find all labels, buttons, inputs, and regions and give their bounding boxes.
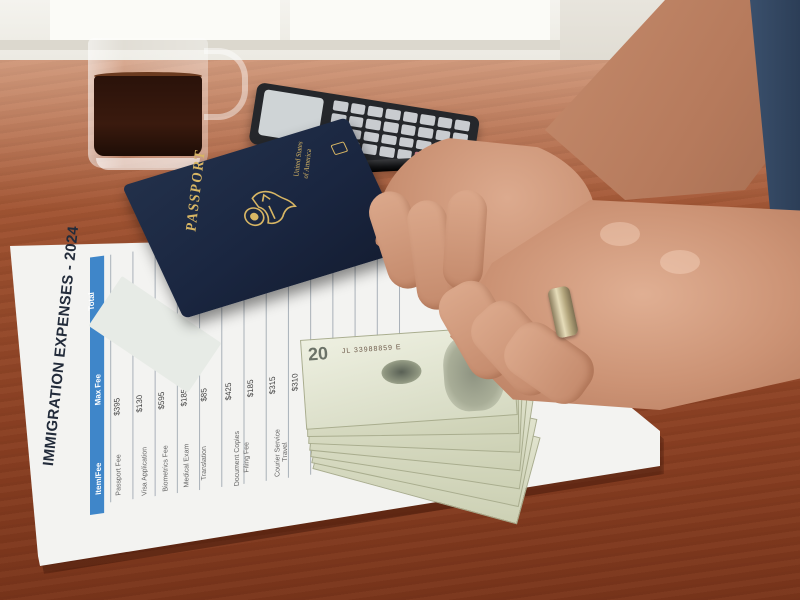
eagle-seal-icon — [227, 178, 306, 238]
bill-serial: JL 33988859 E — [342, 344, 402, 355]
table-amount: $85 — [199, 388, 208, 402]
calculator-key — [379, 146, 395, 158]
finger — [442, 189, 489, 292]
table-description: Passport Fee — [116, 454, 123, 496]
passport-country: United States of America — [292, 141, 315, 180]
calculator-key — [367, 106, 383, 118]
table-description: Visa Application — [142, 446, 149, 496]
calculator-key — [383, 121, 399, 133]
coffee-mug — [88, 38, 208, 168]
calculator-key — [454, 119, 470, 131]
table-description: Translation — [201, 446, 208, 481]
table-amount: $130 — [135, 394, 144, 413]
table-amount: $185 — [246, 379, 255, 398]
calculator-key — [400, 124, 416, 136]
coffee-liquid — [94, 76, 202, 156]
calculator-key — [350, 103, 366, 115]
biometric-chip-icon — [330, 141, 348, 155]
table-gridline — [155, 248, 156, 496]
calculator-key — [437, 117, 453, 129]
table-description: Biometrics Fee — [163, 445, 170, 492]
table-description: Document Copies — [234, 431, 241, 487]
calculator-key — [418, 127, 434, 139]
table-header-band: Item/FeeMax FeeTotal — [90, 256, 104, 515]
table-description: Medical Exam — [183, 443, 190, 488]
calculator-key — [363, 131, 379, 143]
table-header: Total — [87, 292, 96, 312]
knuckle — [600, 222, 640, 246]
table-amount: $315 — [268, 376, 277, 395]
table-header: Max Fee — [93, 373, 102, 406]
calculator-key — [402, 111, 418, 123]
photo-scene: IMMIGRATION EXPENSES - 2024 Item/FeeMax … — [0, 0, 800, 600]
table-amount: $425 — [224, 382, 233, 401]
knuckle — [660, 250, 700, 274]
table-description: Filing Fee — [243, 442, 250, 473]
calculator-key — [365, 118, 381, 130]
treasury-seal-icon — [381, 359, 423, 386]
table-amount: $395 — [113, 397, 122, 416]
calculator-key — [385, 108, 401, 120]
window-pane — [50, 0, 280, 42]
bill-denomination: 20 — [307, 343, 328, 365]
window-pane — [290, 0, 550, 42]
calculator-key — [333, 100, 349, 112]
calculator-key — [381, 134, 397, 146]
table-header: Item/Fee — [94, 462, 103, 495]
table-amount: $595 — [157, 391, 166, 410]
calculator-key — [420, 114, 436, 126]
table-amount: $310 — [290, 373, 299, 392]
table-description: Courier Service — [274, 429, 281, 478]
calculator-key — [398, 136, 414, 148]
table-description: Travel — [282, 442, 289, 462]
